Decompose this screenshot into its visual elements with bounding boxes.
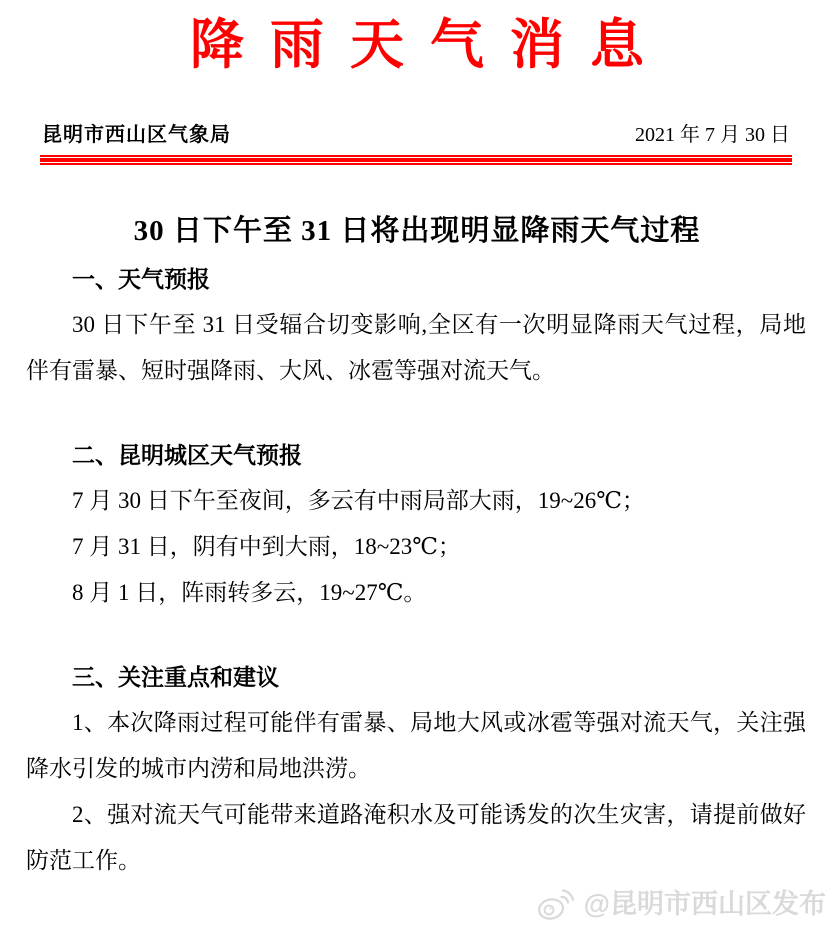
document-page: 降雨天气消息 昆明市西山区气象局 2021 年 7 月 30 日 30 日下午至…: [0, 0, 834, 933]
forecast-line-aug1: 8 月 1 日，阵雨转多云，19~27℃。: [26, 570, 806, 616]
red-divider-rule: [40, 155, 792, 165]
weibo-icon: [536, 886, 576, 922]
forecast-line-jul30: 7 月 30 日下午至夜间，多云有中雨局部大雨，19~26℃；: [26, 478, 806, 524]
document-body: 一、天气预报 30 日下午至 31 日受辐合切变影响,全区有一次明显降雨天气过程…: [0, 256, 834, 884]
issuer-name: 昆明市西山区气象局: [42, 122, 231, 148]
document-headline: 30 日下午至 31 日将出现明显降雨天气过程: [0, 210, 834, 252]
advice-paragraph-1: 1、本次降雨过程可能伴有雷暴、局地大风或冰雹等强对流天气，关注强降水引发的城市内…: [26, 700, 806, 792]
document-header: 昆明市西山区气象局 2021 年 7 月 30 日: [42, 122, 790, 148]
document-title: 降雨天气消息: [0, 8, 834, 80]
section-3-heading: 三、关注重点和建议: [26, 654, 806, 700]
section-2-heading: 二、昆明城区天气预报: [26, 432, 806, 478]
watermark-text: @昆明市西山区发布: [584, 887, 826, 921]
watermark: @昆明市西山区发布: [536, 886, 826, 922]
section-1-heading: 一、天气预报: [26, 256, 806, 302]
section-1-paragraph: 30 日下午至 31 日受辐合切变影响,全区有一次明显降雨天气过程，局地伴有雷暴…: [26, 302, 806, 394]
forecast-line-jul31: 7 月 31 日，阴有中到大雨，18~23℃；: [26, 524, 806, 570]
issue-date: 2021 年 7 月 30 日: [635, 122, 790, 148]
advice-paragraph-2: 2、强对流天气可能带来道路淹积水及可能诱发的次生灾害，请提前做好防范工作。: [26, 792, 806, 884]
